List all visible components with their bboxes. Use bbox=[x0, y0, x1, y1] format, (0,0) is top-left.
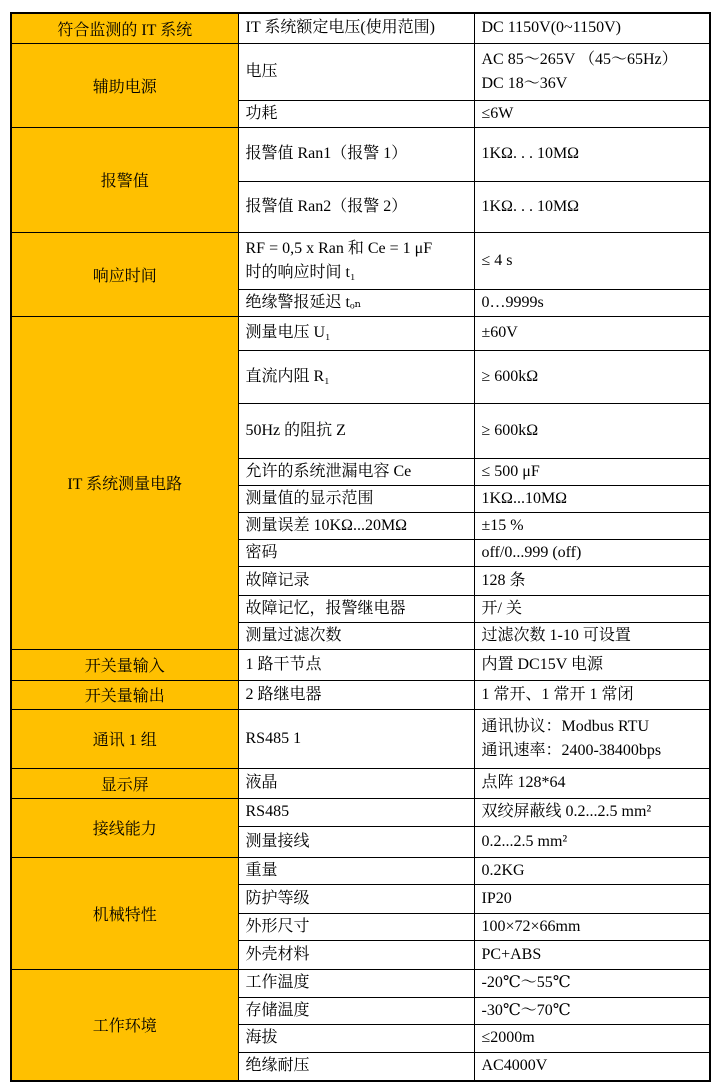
value-cell: 通讯协议：Modbus RTU 通讯速率：2400-38400bps bbox=[474, 709, 710, 768]
param-cell: 允许的系统泄漏电容 Ce bbox=[238, 458, 474, 485]
param-cell: 密码 bbox=[238, 539, 474, 566]
value-cell: IP20 bbox=[474, 884, 710, 913]
category-cell: 显示屏 bbox=[11, 768, 238, 798]
table-row: 工作环境 工作温度 -20℃～55℃ bbox=[11, 969, 710, 997]
table-row: 通讯 1 组 RS485 1 通讯协议：Modbus RTU 通讯速率：2400… bbox=[11, 709, 710, 768]
param-cell: 海拔 bbox=[238, 1024, 474, 1052]
spec-table: 符合监测的 IT 系统 IT 系统额定电压(使用范围) DC 1150V(0~1… bbox=[10, 12, 711, 1082]
param-cell: 外形尺寸 bbox=[238, 913, 474, 940]
param-cell: IT 系统额定电压(使用范围) bbox=[238, 13, 474, 43]
category-cell: 响应时间 bbox=[11, 232, 238, 316]
value-cell: 双绞屏蔽线 0.2...2.5 mm² bbox=[474, 798, 710, 826]
param-cell: 故障记录 bbox=[238, 566, 474, 595]
value-cell: AC 85～265V （45～65Hz） DC 18～36V bbox=[474, 43, 710, 100]
param-cell: 测量接线 bbox=[238, 826, 474, 857]
table-row: 接线能力 RS485 双绞屏蔽线 0.2...2.5 mm² bbox=[11, 798, 710, 826]
value-cell: off/0...999 (off) bbox=[474, 539, 710, 566]
param-cell: 存储温度 bbox=[238, 997, 474, 1024]
table-row: 报警值 报警值 Ran1（报警 1） 1KΩ. . . 10MΩ bbox=[11, 127, 710, 181]
value-cell: 点阵 128*64 bbox=[474, 768, 710, 798]
value-cell: 1 常开、1 常开 1 常闭 bbox=[474, 680, 710, 709]
value-cell: PC+ABS bbox=[474, 940, 710, 969]
category-cell: 辅助电源 bbox=[11, 43, 238, 127]
category-cell: 报警值 bbox=[11, 127, 238, 232]
table-row: 响应时间 RF = 0,5 x Ran 和 Ce = 1 μF 时的响应时间 t… bbox=[11, 232, 710, 289]
value-cell: 0…9999s bbox=[474, 289, 710, 316]
value-cell: 1KΩ...10MΩ bbox=[474, 485, 710, 512]
category-cell: 工作环境 bbox=[11, 969, 238, 1081]
category-cell: 开关量输入 bbox=[11, 649, 238, 680]
param-cell: 故障记忆，报警继电器 bbox=[238, 595, 474, 622]
param-cell: 防护等级 bbox=[238, 884, 474, 913]
param-cell: 绝缘耐压 bbox=[238, 1052, 474, 1081]
value-cell: ≤6W bbox=[474, 100, 710, 127]
table-row: 辅助电源 电压 AC 85～265V （45～65Hz） DC 18～36V bbox=[11, 43, 710, 100]
value-cell: 0.2KG bbox=[474, 857, 710, 884]
value-cell: ±15 % bbox=[474, 512, 710, 539]
param-cell: 外壳材料 bbox=[238, 940, 474, 969]
value-cell: ±60V bbox=[474, 316, 710, 350]
value-cell: 128 条 bbox=[474, 566, 710, 595]
value-cell: -30℃～70℃ bbox=[474, 997, 710, 1024]
category-cell: 符合监测的 IT 系统 bbox=[11, 13, 238, 43]
param-cell: 液晶 bbox=[238, 768, 474, 798]
table-row: 符合监测的 IT 系统 IT 系统额定电压(使用范围) DC 1150V(0~1… bbox=[11, 13, 710, 43]
value-cell: 内置 DC15V 电源 bbox=[474, 649, 710, 680]
value-cell: ≥ 600kΩ bbox=[474, 350, 710, 403]
value-cell: DC 1150V(0~1150V) bbox=[474, 13, 710, 43]
category-cell: 接线能力 bbox=[11, 798, 238, 857]
param-cell: 绝缘警报延迟 tₒₙ bbox=[238, 289, 474, 316]
spec-document-page: 符合监测的 IT 系统 IT 系统额定电压(使用范围) DC 1150V(0~1… bbox=[0, 0, 719, 1086]
category-cell: 通讯 1 组 bbox=[11, 709, 238, 768]
param-cell: 测量值的显示范围 bbox=[238, 485, 474, 512]
param-cell: 测量过滤次数 bbox=[238, 622, 474, 649]
param-cell: 测量误差 10KΩ...20MΩ bbox=[238, 512, 474, 539]
value-cell: 过滤次数 1-10 可设置 bbox=[474, 622, 710, 649]
value-cell: 1KΩ. . . 10MΩ bbox=[474, 127, 710, 181]
param-cell: RS485 bbox=[238, 798, 474, 826]
param-cell: 功耗 bbox=[238, 100, 474, 127]
category-cell: 机械特性 bbox=[11, 857, 238, 969]
param-cell: 50Hz 的阻抗 Z bbox=[238, 403, 474, 458]
param-cell: RS485 1 bbox=[238, 709, 474, 768]
table-row: IT 系统测量电路 测量电压 U₁ ±60V bbox=[11, 316, 710, 350]
param-cell: 1 路干节点 bbox=[238, 649, 474, 680]
param-cell: 工作温度 bbox=[238, 969, 474, 997]
value-cell: ≤ 4 s bbox=[474, 232, 710, 289]
table-row: 显示屏 液晶 点阵 128*64 bbox=[11, 768, 710, 798]
value-cell: 开/ 关 bbox=[474, 595, 710, 622]
param-cell: 重量 bbox=[238, 857, 474, 884]
param-cell: 电压 bbox=[238, 43, 474, 100]
param-cell: 报警值 Ran2（报警 2） bbox=[238, 181, 474, 232]
value-cell: 100×72×66mm bbox=[474, 913, 710, 940]
value-cell: AC4000V bbox=[474, 1052, 710, 1081]
param-cell: RF = 0,5 x Ran 和 Ce = 1 μF 时的响应时间 t₁ bbox=[238, 232, 474, 289]
param-cell: 测量电压 U₁ bbox=[238, 316, 474, 350]
value-cell: 1KΩ. . . 10MΩ bbox=[474, 181, 710, 232]
param-cell: 2 路继电器 bbox=[238, 680, 474, 709]
category-cell: IT 系统测量电路 bbox=[11, 316, 238, 649]
table-row: 开关量输入 1 路干节点 内置 DC15V 电源 bbox=[11, 649, 710, 680]
param-cell: 报警值 Ran1（报警 1） bbox=[238, 127, 474, 181]
value-cell: ≤2000m bbox=[474, 1024, 710, 1052]
value-cell: ≥ 600kΩ bbox=[474, 403, 710, 458]
value-cell: -20℃～55℃ bbox=[474, 969, 710, 997]
value-cell: 0.2...2.5 mm² bbox=[474, 826, 710, 857]
category-cell: 开关量输出 bbox=[11, 680, 238, 709]
value-cell: ≤ 500 μF bbox=[474, 458, 710, 485]
table-row: 机械特性 重量 0.2KG bbox=[11, 857, 710, 884]
param-cell: 直流内阻 R₁ bbox=[238, 350, 474, 403]
table-row: 开关量输出 2 路继电器 1 常开、1 常开 1 常闭 bbox=[11, 680, 710, 709]
